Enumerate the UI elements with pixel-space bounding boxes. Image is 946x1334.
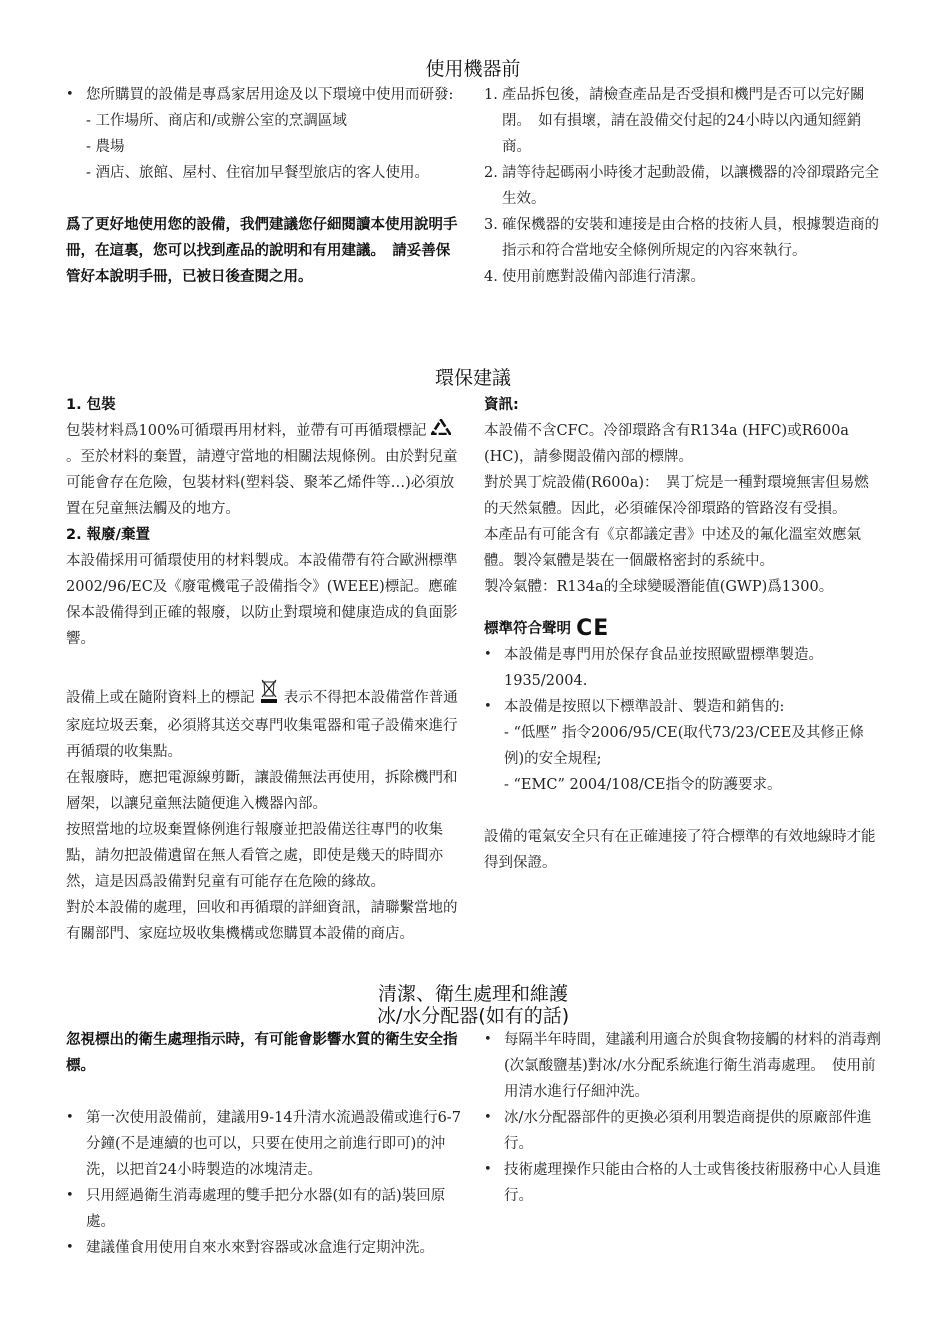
reading-advice: 爲了更好地使用您的設備，我們建議您仔細閱讀本使用說明手冊，在這裏，您可以找到產品…: [66, 212, 464, 290]
cleaning-bullet: 第一次使用設備前，建議用9-14升清水流過設備或進行6-7分鐘(不是連續的也可以…: [66, 1105, 464, 1183]
cleaning-left-column: 忽視標出的衛生處理指示時，有可能會影響水質的衛生安全指標。 第一次使用設備前，建…: [66, 1027, 464, 1261]
info-heading: 資訊:: [484, 392, 882, 418]
info-para-4: 製冷氣體：R134a的全球變暖潛能值(GWP)爲1300。: [484, 574, 882, 600]
cleaning-right-list: 每隔半年時間，建議利用適合於與食物接觸的材料的消毒劑(次氯酸鹽基)對冰/水分配系…: [484, 1027, 882, 1209]
step-number: 1.: [484, 82, 498, 108]
info-para-1: 本設備不含CFC。冷卻環路含有R134a (HFC)或R600a (HC)，請參…: [484, 418, 882, 470]
cleaning-bullet: 冰/水分配器部件的更換必須利用製造商提供的原廠部件進行。: [484, 1105, 882, 1157]
usage-environment-list: 您所購買的設備是專爲家居用途及以下環境中使用而研發: - 工作場所、商店和/或辦…: [66, 82, 464, 186]
conformity-list: 本設備是專門用於保存食品並按照歐盟標準製造。1935/2004. 本設備是按照以…: [484, 642, 882, 798]
cleaning-right-column: 每隔半年時間，建議利用適合於與食物接觸的材料的消毒劑(次氯酸鹽基)對冰/水分配系…: [484, 1027, 882, 1209]
cleaning-left-list: 第一次使用設備前，建議用9-14升清水流過設備或進行6-7分鐘(不是連續的也可以…: [66, 1105, 464, 1261]
crossed-bin-icon: [259, 678, 279, 713]
step-number: 3.: [484, 212, 498, 238]
step-item: 2.請等待起碼兩小時後才起動設備，以讓機器的冷卻環路完全生效。: [484, 160, 882, 212]
ce-mark-icon: CE: [576, 616, 609, 642]
environment-left-column: 1. 包裝 包裝材料爲100%可循環再用材料，並帶有可再循環標記 。至於材料的棄…: [66, 392, 464, 947]
packaging-text-start: 包裝材料爲100%可循環再用材料，並帶有可再循環標記: [66, 423, 426, 439]
step-item: 3.確保機器的安裝和連接是由合格的技術人員，根據製造商的指示和符合當地安全條例所…: [484, 212, 882, 264]
usage-intro-text: 您所購買的設備是專爲家居用途及以下環境中使用而研發:: [86, 87, 453, 103]
disposal-para-4: 按照當地的垃圾棄置條例進行報廢並把設備送往專門的收集點，請勿把設備遺留在無人看管…: [66, 817, 464, 895]
disposal-para-5: 對於本設備的處理，回收和再循環的詳細資訊，請聯繫當地的有關部門、家庭垃圾收集機構…: [66, 895, 464, 947]
cleaning-bullet: 技術處理操作只能由合格的人士或售後技術服務中心人員進行。: [484, 1157, 882, 1209]
environment-item: - 酒店、旅館、屋村、住宿加早餐型旅店的客人使用。: [86, 160, 464, 186]
section-title-cleaning: 清潔、衛生處理和維護 冰/水分配器(如有的話): [0, 983, 946, 1027]
disposal-para-2: 設備上或在隨附資料上的標記 表示不得把本設備當作普通家庭垃圾丟棄，必須將其送交專…: [66, 678, 464, 765]
cleaning-title-line-1: 清潔、衛生處理和維護: [0, 983, 946, 1005]
step-text: 使用前應對設備內部進行清潔。: [502, 269, 705, 285]
environment-item: - 工作場所、商店和/或辦公室的烹調區域: [86, 108, 464, 134]
section-title-environment: 環保建議: [0, 367, 946, 389]
environment-item: - 農場: [86, 134, 464, 160]
cleaning-title-line-2: 冰/水分配器(如有的話): [0, 1005, 946, 1027]
packaging-heading: 1. 包裝: [66, 392, 464, 418]
step-text: 確保機器的安裝和連接是由合格的技術人員，根據製造商的指示和符合當地安全條例所規定…: [502, 217, 879, 259]
packaging-text: 包裝材料爲100%可循環再用材料，並帶有可再循環標記 。至於材料的棄置，請遵守當…: [66, 418, 464, 522]
environment-right-column: 資訊: 本設備不含CFC。冷卻環路含有R134a (HFC)或R600a (HC…: [484, 392, 882, 876]
cleaning-bullet: 建議僅食用使用自來水來對容器或冰盒進行定期沖洗。: [66, 1235, 464, 1261]
recycle-triangle-icon: [431, 418, 451, 444]
conformity-sub-item: - “低壓” 指令2006/95/CE(取代73/23/CEE及其修正條例)的安…: [504, 720, 882, 772]
conformity-bullet-text: 本設備是按照以下標準設計、製造和銷售的:: [504, 699, 784, 715]
manual-page: 使用機器前 您所購買的設備是專爲家居用途及以下環境中使用而研發: - 工作場所、…: [0, 0, 946, 1334]
conformity-heading-text: 標準符合聲明: [484, 621, 571, 637]
info-para-2: 對於異丁烷設備(R600a)： 異丁烷是一種對環境無害但易燃的天然氣體。因此，必…: [484, 470, 882, 522]
disposal-para-2-start: 設備上或在隨附資料上的標記: [66, 690, 255, 706]
before-use-right-column: 1.產品拆包後，請檢查產品是否受損和機門是否可以完好關閉。 如有損壞，請在設備交…: [484, 82, 882, 290]
before-use-left-column: 您所購買的設備是專爲家居用途及以下環境中使用而研發: - 工作場所、商店和/或辦…: [66, 82, 464, 290]
info-para-3: 本產品有可能含有《京都議定書》中述及的氟化溫室效應氣體。製冷氣體是裝在一個嚴格密…: [484, 522, 882, 574]
electrical-safety-note: 設備的電氣安全只有在正確連接了符合標準的有效地線時才能得到保證。: [484, 824, 882, 876]
conformity-sub-item: - “EMC” 2004/108/CE指令的防護要求。: [504, 772, 882, 798]
step-number: 4.: [484, 264, 498, 290]
conformity-heading: 標準符合聲明 CE: [484, 616, 882, 642]
before-use-steps: 1.產品拆包後，請檢查產品是否受損和機門是否可以完好關閉。 如有損壞，請在設備交…: [484, 82, 882, 290]
conformity-bullet: 本設備是專門用於保存食品並按照歐盟標準製造。1935/2004.: [484, 642, 882, 694]
hygiene-warning: 忽視標出的衛生處理指示時，有可能會影響水質的衛生安全指標。: [66, 1027, 464, 1079]
step-item: 1.產品拆包後，請檢查產品是否受損和機門是否可以完好關閉。 如有損壞，請在設備交…: [484, 82, 882, 160]
packaging-text-end: 。至於材料的棄置，請遵守當地的相關法規條例。由於對兒童可能會存在危險，包裝材料(…: [66, 449, 458, 517]
usage-intro-bullet: 您所購買的設備是專爲家居用途及以下環境中使用而研發: - 工作場所、商店和/或辦…: [66, 82, 464, 186]
cleaning-bullet: 每隔半年時間，建議利用適合於與食物接觸的材料的消毒劑(次氯酸鹽基)對冰/水分配系…: [484, 1027, 882, 1105]
step-number: 2.: [484, 160, 498, 186]
section-title-before-use: 使用機器前: [0, 58, 946, 80]
step-text: 請等待起碼兩小時後才起動設備，以讓機器的冷卻環路完全生效。: [502, 165, 879, 207]
conformity-bullet: 本設備是按照以下標準設計、製造和銷售的: - “低壓” 指令2006/95/CE…: [484, 694, 882, 798]
cleaning-bullet: 只用經過衛生消毒處理的雙手把分水器(如有的話)裝回原處。: [66, 1183, 464, 1235]
disposal-para-3: 在報廢時，應把電源線剪斷，讓設備無法再使用，拆除機門和層架，以讓兒童無法隨便進入…: [66, 765, 464, 817]
disposal-heading: 2. 報廢/棄置: [66, 522, 464, 548]
step-text: 產品拆包後，請檢查產品是否受損和機門是否可以完好關閉。 如有損壞，請在設備交付起…: [502, 87, 865, 155]
disposal-para-1: 本設備採用可循環使用的材料製成。本設備帶有符合歐洲標準2002/96/EC及《廢…: [66, 548, 464, 652]
step-item: 4.使用前應對設備內部進行清潔。: [484, 264, 882, 290]
